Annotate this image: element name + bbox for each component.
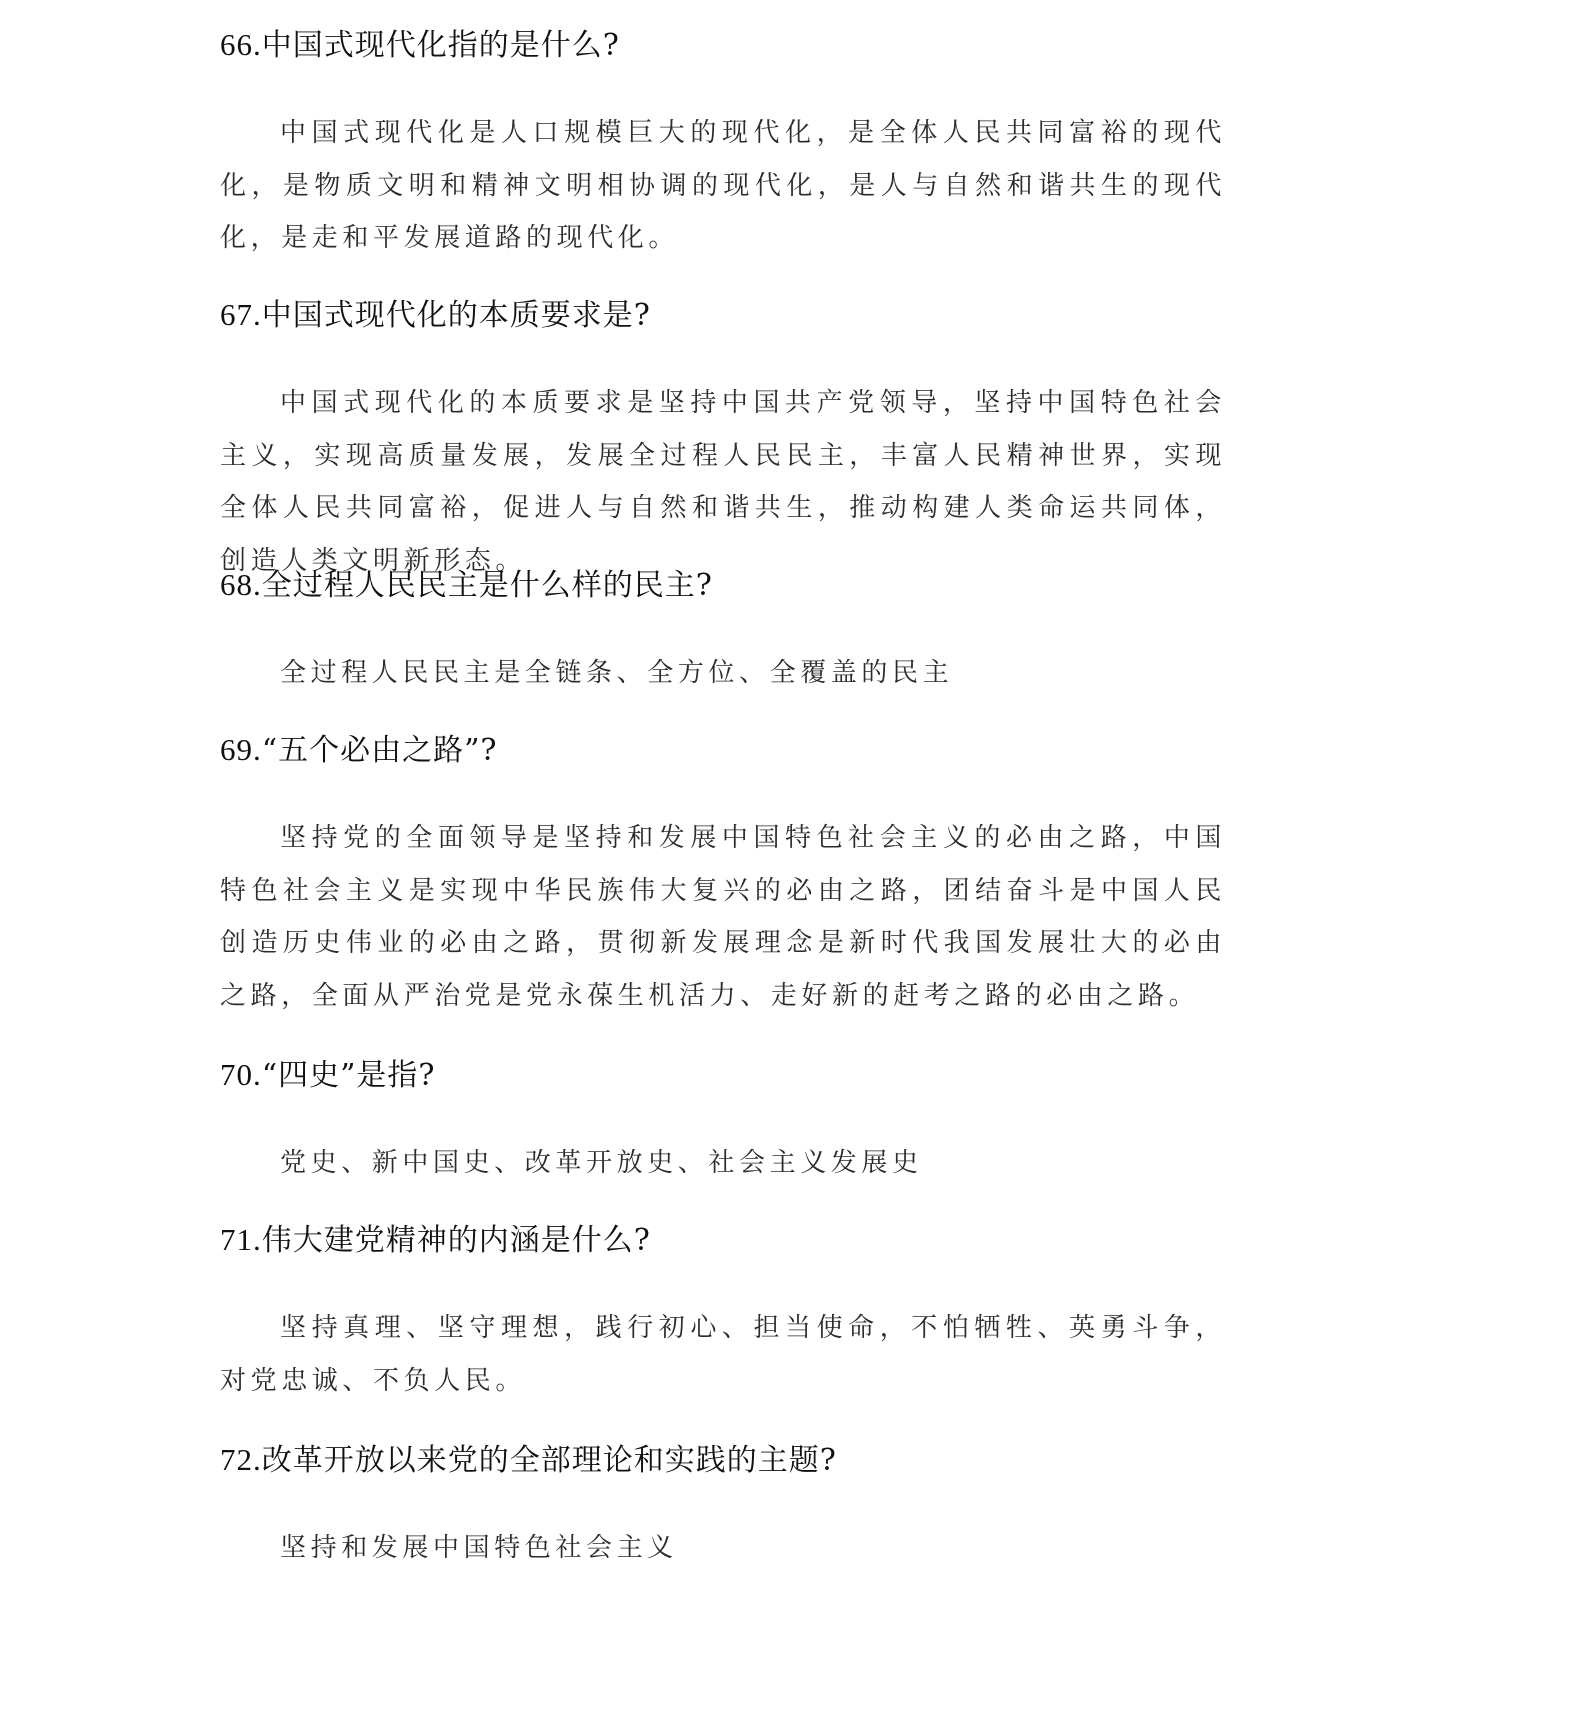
question-text: 中国式现代化的本质要求是?	[262, 298, 651, 333]
answer-text: 坚持和发展中国特色社会主义	[220, 1522, 1226, 1575]
question-number: 66.	[220, 27, 262, 62]
qa-item-72: 72.改革开放以来党的全部理论和实践的主题? 坚持和发展中国特色社会主义	[220, 1433, 1226, 1553]
document-page: 66.中国式现代化指的是什么? 中国式现代化是人口规模巨大的现代化，是全体人民共…	[220, 18, 1226, 1553]
question-text: 全过程人民民主是什么样的民主?	[262, 568, 713, 603]
question-text: 伟大建党精神的内涵是什么?	[262, 1223, 651, 1258]
answer-text: 全过程人民民主是全链条、全方位、全覆盖的民主	[220, 647, 1226, 700]
answer-text: 坚持党的全面领导是坚持和发展中国特色社会主义的必由之路，中国特色社会主义是实现中…	[220, 812, 1226, 1022]
qa-item-70: 70.“四史”是指? 党史、新中国史、改革开放史、社会主义发展史	[220, 1048, 1226, 1213]
answer-text: 坚持真理、坚守理想，践行初心、担当使命，不怕牺牲、英勇斗争，对党忠诚、不负人民。	[220, 1302, 1226, 1407]
question-text: “四史”是指?	[262, 1058, 436, 1093]
question-heading: 70.“四史”是指?	[220, 1048, 1226, 1103]
question-number: 68.	[220, 567, 262, 602]
question-number: 71.	[220, 1222, 262, 1257]
question-heading: 72.改革开放以来党的全部理论和实践的主题?	[220, 1433, 1226, 1488]
question-text: 改革开放以来党的全部理论和实践的主题?	[262, 1443, 837, 1478]
answer-text: 中国式现代化的本质要求是坚持中国共产党领导，坚持中国特色社会主义，实现高质量发展…	[220, 377, 1226, 587]
qa-item-71: 71.伟大建党精神的内涵是什么? 坚持真理、坚守理想，践行初心、担当使命，不怕牺…	[220, 1213, 1226, 1433]
qa-item-67: 67.中国式现代化的本质要求是? 中国式现代化的本质要求是坚持中国共产党领导，坚…	[220, 288, 1226, 558]
question-number: 72.	[220, 1442, 262, 1477]
question-text: “五个必由之路”?	[262, 733, 498, 768]
question-number: 67.	[220, 297, 262, 332]
answer-text: 中国式现代化是人口规模巨大的现代化，是全体人民共同富裕的现代化，是物质文明和精神…	[220, 107, 1226, 265]
question-text: 中国式现代化指的是什么?	[262, 28, 620, 63]
question-heading: 68.全过程人民民主是什么样的民主?	[220, 558, 1226, 613]
qa-item-69: 69.“五个必由之路”? 坚持党的全面领导是坚持和发展中国特色社会主义的必由之路…	[220, 723, 1226, 1048]
question-heading: 67.中国式现代化的本质要求是?	[220, 288, 1226, 343]
question-heading: 71.伟大建党精神的内涵是什么?	[220, 1213, 1226, 1268]
qa-item-66: 66.中国式现代化指的是什么? 中国式现代化是人口规模巨大的现代化，是全体人民共…	[220, 18, 1226, 288]
answer-text: 党史、新中国史、改革开放史、社会主义发展史	[220, 1137, 1226, 1190]
question-number: 70.	[220, 1057, 262, 1092]
question-number: 69.	[220, 732, 262, 767]
question-heading: 66.中国式现代化指的是什么?	[220, 18, 1226, 73]
qa-item-68: 68.全过程人民民主是什么样的民主? 全过程人民民主是全链条、全方位、全覆盖的民…	[220, 558, 1226, 723]
question-heading: 69.“五个必由之路”?	[220, 723, 1226, 778]
